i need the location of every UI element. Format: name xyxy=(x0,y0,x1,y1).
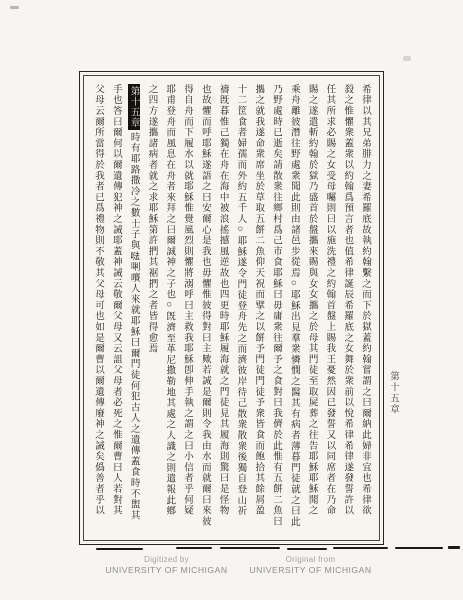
original-from-line: Original from xyxy=(243,555,378,564)
scan-edge-artifact xyxy=(96,548,143,550)
vertical-text-block: 希律以其兄弟腓力之妻希羅底故執約翰繫之而下於獄蓋約翰嘗謂之曰爾納此婦非宜也希律欲… xyxy=(86,84,373,543)
text-column: 得自舟而下履水以就耶穌惟覺風烈則懼將溺呼曰主救我耶穌卽伸手執之謂之曰小信者乎何疑 xyxy=(177,84,195,543)
scan-edge-artifact xyxy=(220,547,280,550)
chapter-15-tab: 第十五章 xyxy=(128,84,140,130)
text-column-chapter-start: 第十五章時有耶路撒冷之數士子與𠵽唎㘔人來就耶穌曰爾門徒何犯古人之遺傳蓋食時不盥其 xyxy=(124,84,142,543)
scan-edge-artifact xyxy=(287,548,327,550)
text-column: 乘舟離彼潛往野處衆聞此則由諸邑步從焉○耶穌出見羣衆憐憫之醫其有病者薄暮門徒就之曰… xyxy=(284,84,302,543)
text-column: 之四方遂攜諸病者就之求耶穌第許捫其裾捫之者皆得愈焉 xyxy=(142,84,160,543)
digitized-by-institution: UNIVERSITY OF MICHIGAN xyxy=(104,565,229,575)
text-column: 乃野處時已逝矣請散衆往鄉村爲己市食耶穌曰毋庸衆往爾予之食對曰我儕於此惟有五餅二魚… xyxy=(266,84,284,543)
text-column: 殺之惟懼衆蓋衆以約翰爲預言者也值希律誕辰希羅底之女舞於衆前以悅希律希律遂發誓許以 xyxy=(337,84,355,543)
scanned-book-page: 希律以其兄弟腓力之妻希羅底故執約翰繫之而下於獄蓋約翰嘗謂之曰爾納此婦非宜也希律欲… xyxy=(0,0,463,600)
text-column: 耶甫登舟而風息在舟者來拜之曰爾誠神之子也○旣濟至革尼撒勒地其處之人識之則遣報此鄕 xyxy=(159,84,177,543)
text-column: 十二筐食者婦孺而外約五千人○耶穌遂令門徒登舟先之而濟彼岸待己散衆散衆後獨自登山祈 xyxy=(231,84,249,543)
original-from-institution: UNIVERSITY OF MICHIGAN xyxy=(243,565,378,575)
scan-edge-artifact xyxy=(395,547,443,549)
original-from-stamp: Original from UNIVERSITY OF MICHIGAN xyxy=(243,555,378,575)
text-column: 父母云爾所當得於我者已爲禮物則不敬其父母可也如是爾曹以爾遺傳廢神之誡矣僞善者乎以 xyxy=(88,84,106,543)
text-column: 禱旣暮惟己獨在舟在海中被浪搖撼風逆故也四更時耶穌履海就之門徒見其履海則驚曰是怪物 xyxy=(213,84,231,543)
scan-speck xyxy=(10,6,19,9)
text-column: 也故懼而呼耶穌遂語之曰安爾心是我也毋懼惟彼得對曰主歟若誠是爾則令我由水而就爾曰來… xyxy=(195,84,213,543)
text-column: 任其所求必賜之女受母囑則曰以施洗禮之約翰首盤上賜我王憂然因已發誓又以同席者在乃命 xyxy=(320,84,338,543)
scan-edge-artifact xyxy=(176,547,212,549)
digitized-by-stamp: Digitized by UNIVERSITY OF MICHIGAN xyxy=(104,555,229,575)
text-column: 賜之遂遣斬約翰於獄乃盛首於盤攜來賜與女女攜之於母其門徒至取屍葬之往告耶穌耶穌聞之 xyxy=(302,84,320,543)
text-column: 希律以其兄弟腓力之妻希羅底故執約翰繫之而下於獄蓋約翰嘗謂之曰爾納此婦非宜也希律欲 xyxy=(355,84,373,543)
margin-chapter-label: 第十五章 xyxy=(386,371,400,415)
scan-edge-artifact xyxy=(333,547,388,550)
digitized-by-line: Digitized by xyxy=(104,555,229,564)
scan-speck xyxy=(403,56,411,61)
text-column-body: 時有耶路撒冷之數士子與𠵽唎㘔人來就耶穌曰爾門徒何犯古人之遺傳蓋食時不盥其 xyxy=(129,132,139,521)
text-column: 手也答曰爾何以爾遺傳犯神之誡耶蓋神誡云敬爾父母又云詛父母者必死之惟爾曹曰人若對其 xyxy=(106,84,124,543)
scan-edge-artifact xyxy=(448,546,460,549)
text-column: 攜之就我遂命衆席坐於草取五餅二魚仰天祝而擘之以餅予門徒門徒予衆皆食而飽拾其餘屑盈 xyxy=(248,84,266,543)
